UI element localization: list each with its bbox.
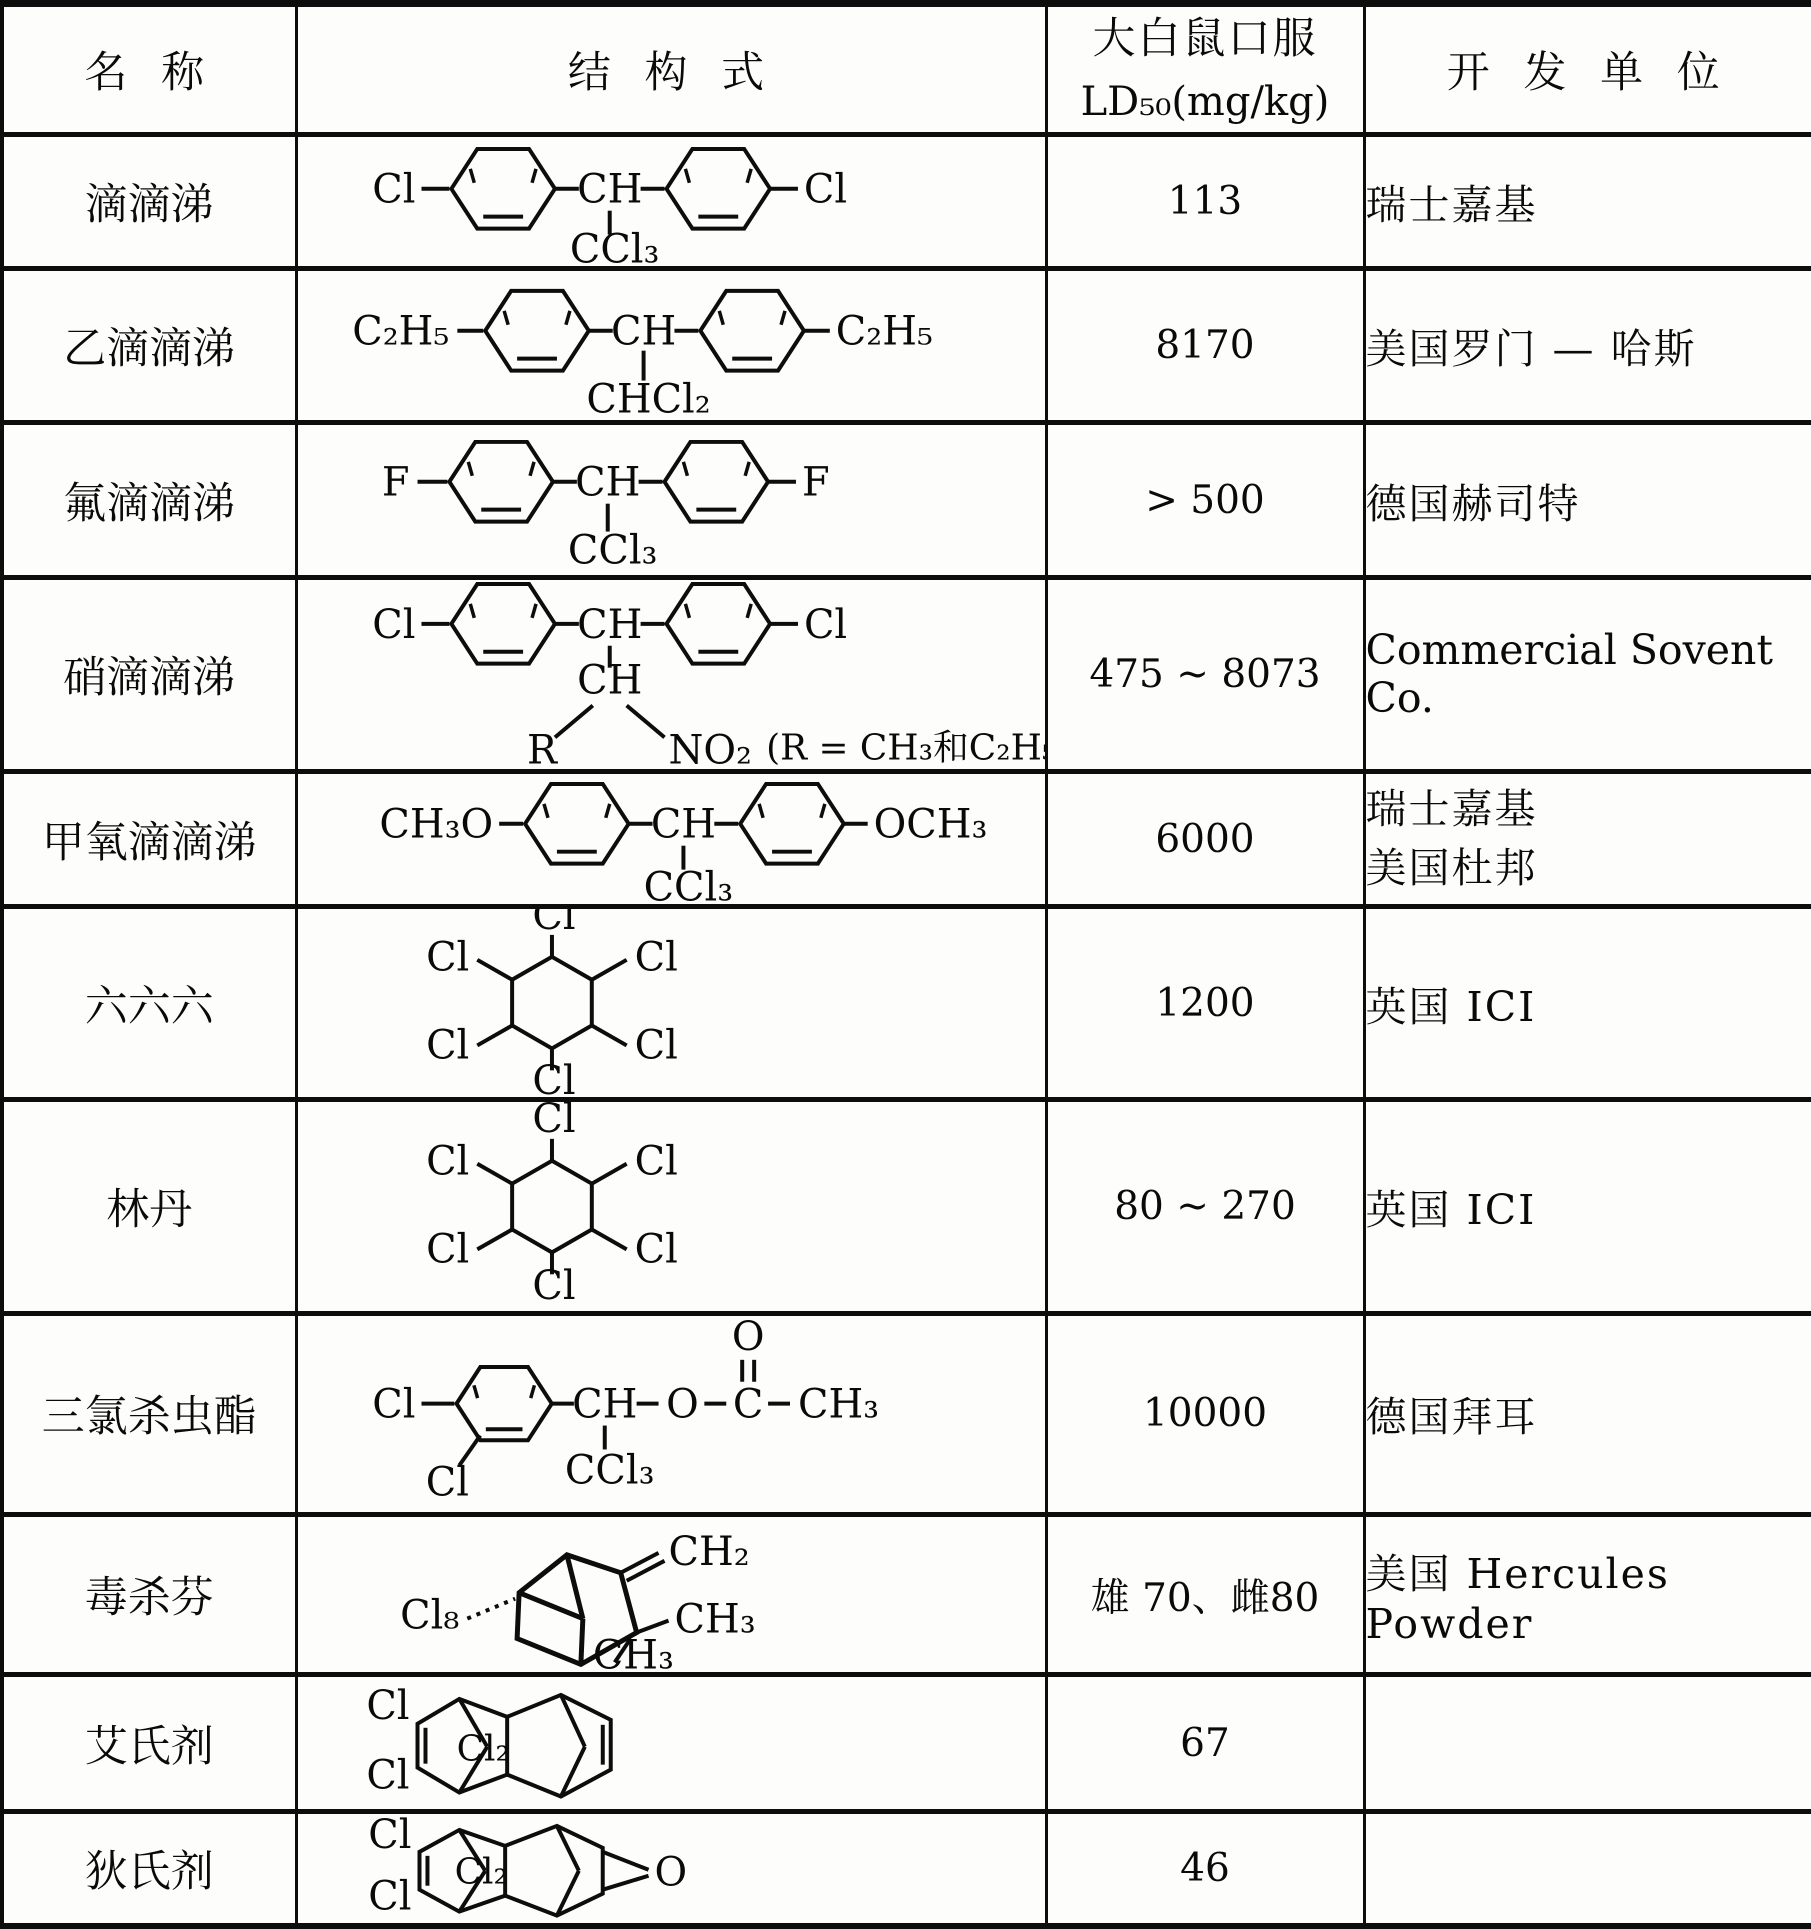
atom-label: O [666, 1381, 699, 1427]
table-row: 氟滴滴涕 F CH F CCl₃ > 500 德国赫司特 [2, 423, 1811, 577]
benzene-ring [449, 442, 553, 522]
atom-label: Cl [426, 1138, 469, 1184]
structure-nitro-ddt-diagram: Cl CH Cl CH R NO₂ (R = CH₃和C₂H₅) [298, 580, 1045, 769]
table-row: 林丹 Cl Cl Cl Cl Cl Cl 80 ~ 270 英国 ICI [2, 1099, 1811, 1313]
table-row: 毒杀芬 Cl₈ CH₂ CH₃ CH₃ 雄 70、雌80 [2, 1515, 1811, 1675]
ld50-cell: 67 [1046, 1675, 1364, 1811]
header-developer: 开 发 单 位 [1447, 48, 1730, 98]
atom-label: C₂H₅ [352, 309, 449, 355]
epoxide-bonds [602, 1852, 648, 1890]
name-cell: 毒杀芬 [2, 1515, 296, 1675]
structure-cell: Cl CH Cl CCl₃ [296, 134, 1046, 268]
ld50-cell: 8170 [1046, 268, 1364, 422]
developer-cell [1364, 1811, 1811, 1926]
atom-label: Cl₂ [456, 1729, 509, 1770]
header-ld50: 大白鼠口服 LD₅₀(mg/kg) [1046, 4, 1364, 135]
developer-cell: 瑞士嘉基 美国杜邦 [1364, 771, 1811, 906]
table-row: 滴滴涕 Cl CH Cl CCl₃ 113 瑞士嘉基 [2, 134, 1811, 268]
atom-label: CH₂ [668, 1529, 749, 1575]
table-row: 乙滴滴涕 C₂H₅ CH C₂H₅ CHCl₂ 8170 美国罗门 — 哈斯 [2, 268, 1811, 422]
structure-cell: Cl Cl Cl Cl Cl Cl [296, 1099, 1046, 1313]
structure-cell: C₂H₅ CH C₂H₅ CHCl₂ [296, 268, 1046, 422]
ld50-cell: 6000 [1046, 771, 1364, 906]
atom-label: Cl [425, 1459, 468, 1505]
atom-label: CCl₃ [643, 864, 733, 904]
developer-line: 美国杜邦 [1366, 839, 1811, 898]
structure-cell: Cl Cl Cl₂ [296, 1675, 1046, 1811]
atom-label: Cl [372, 1381, 415, 1427]
name-cell: 六六六 [2, 907, 296, 1099]
dashed-wedge-bond [467, 1599, 515, 1619]
developer-cell: 英国 ICI [1364, 1099, 1811, 1313]
atom-label: Cl [368, 1873, 411, 1919]
structure-cell: Cl Cl Cl₂ O [296, 1811, 1046, 1926]
bond-lines [477, 935, 626, 1070]
ld50-cell: 475 ~ 8073 [1046, 577, 1364, 771]
substituent-note: (R = CH₃和C₂H₅) [766, 727, 1045, 768]
benzene-ring [700, 291, 804, 371]
ld50-cell: 46 [1046, 1811, 1364, 1926]
atom-label: CH [610, 309, 675, 355]
atom-label: Cl [532, 1059, 575, 1097]
atom-label: CH₃ [797, 1381, 878, 1427]
atom-label: Cl [803, 166, 846, 212]
atom-label: CH [575, 460, 640, 506]
atom-label: Cl [532, 1263, 575, 1309]
right-ring [507, 1695, 611, 1797]
atom-label: CH₃O [379, 802, 493, 848]
structure-cell: Cl Cl CH CCl₃ O C CH₃ O [296, 1313, 1046, 1514]
cyclohexane-ring [512, 957, 592, 1049]
header-ld50-line1: 大白鼠口服 [1048, 7, 1363, 72]
atom-label: CCl₃ [564, 1447, 654, 1493]
table-row: 甲氧滴滴涕 CH₃O CH OCH₃ CCl₃ 6000 瑞士嘉基 美国杜邦 [2, 771, 1811, 906]
ld50-cell: 80 ~ 270 [1046, 1099, 1364, 1313]
developer-cell: 美国 Hercules Powder [1364, 1515, 1811, 1675]
structure-lindane-diagram: Cl Cl Cl Cl Cl Cl [298, 1102, 1045, 1311]
structure-cell: Cl Cl Cl Cl Cl Cl [296, 907, 1046, 1099]
atom-label: Cl [426, 1023, 469, 1069]
atom-label: OCH₃ [873, 802, 987, 848]
header-ld50-line2: LD₅₀(mg/kg) [1048, 72, 1363, 132]
pesticide-table: 名 称 结 构 式 大白鼠口服 LD₅₀(mg/kg) 开 发 单 位 滴滴涕 … [0, 0, 1811, 1929]
benzene-ring [456, 1367, 551, 1440]
name-cell: 狄氏剂 [2, 1811, 296, 1926]
atom-label: Cl [532, 909, 575, 939]
name-cell: 氟滴滴涕 [2, 423, 296, 577]
atom-label: O [654, 1850, 687, 1896]
ld50-cell: 113 [1046, 134, 1364, 268]
ld50-cell: 雄 70、雌80 [1046, 1515, 1364, 1675]
ld50-cell: > 500 [1046, 423, 1364, 577]
header-name: 名 称 [84, 48, 214, 98]
benzene-ring [451, 148, 555, 228]
structure-toxaphene-diagram: Cl₈ CH₂ CH₃ CH₃ [298, 1517, 1045, 1672]
benzene-ring [451, 584, 555, 664]
structure-acetate-ester-diagram: Cl Cl CH CCl₃ O C CH₃ O [298, 1316, 1045, 1512]
atom-label: CH [577, 657, 642, 703]
developer-cell: 德国拜耳 [1364, 1313, 1811, 1514]
cyclohexane-ring [512, 1160, 592, 1252]
structure-cell: CH₃O CH OCH₃ CCl₃ [296, 771, 1046, 906]
developer-cell: 美国罗门 — 哈斯 [1364, 268, 1811, 422]
developer-cell [1364, 1675, 1811, 1811]
table-row: 三氯杀虫酯 Cl Cl CH CCl₃ O C [2, 1313, 1811, 1514]
atom-label: CH₃ [592, 1632, 673, 1672]
atom-label: CH [577, 602, 642, 648]
atom-label: Cl [366, 1683, 409, 1729]
structure-ethyl-ddt-diagram: C₂H₅ CH C₂H₅ CHCl₂ [298, 271, 1045, 420]
name-cell: 林丹 [2, 1099, 296, 1313]
benzene-ring [666, 584, 770, 664]
atom-label: CH₃ [674, 1597, 755, 1643]
atom-label: CH [650, 802, 715, 848]
atom-label: Cl [634, 1226, 677, 1272]
developer-line: 瑞士嘉基 [1366, 780, 1811, 839]
structure-fluoro-ddt-diagram: F CH F CCl₃ [298, 425, 1045, 574]
atom-label: F [381, 460, 409, 506]
atom-label: Cl [634, 1138, 677, 1184]
atom-label: C [732, 1381, 762, 1427]
structure-cell: Cl CH Cl CH R NO₂ (R = CH₃和C₂H₅) [296, 577, 1046, 771]
atom-label: CCl₃ [569, 226, 659, 266]
atom-label: Cl [426, 935, 469, 981]
name-cell: 乙滴滴涕 [2, 268, 296, 422]
benzene-ring [740, 784, 844, 864]
table-row: 六六六 Cl Cl Cl Cl Cl Cl 1200 英国 ICI [2, 907, 1811, 1099]
atom-label: Cl [634, 1023, 677, 1069]
atom-label: Cl [532, 1102, 575, 1142]
atom-label: Cl₂ [454, 1852, 507, 1893]
developer-cell: 英国 ICI [1364, 907, 1811, 1099]
developer-cell: Commercial Sovent Co. [1364, 577, 1811, 771]
benzene-ring [666, 148, 770, 228]
developer-cell: 瑞士嘉基 [1364, 134, 1811, 268]
atom-label: CH [577, 166, 642, 212]
atom-label: Cl [366, 1753, 409, 1799]
atom-label: F [801, 460, 829, 506]
table-row: 硝滴滴涕 Cl CH Cl CH R NO₂ (R = CH₃和C₂H₅) [2, 577, 1811, 771]
bridge-bonds [519, 1555, 583, 1665]
structure-dieldrin-diagram: Cl Cl Cl₂ O [298, 1814, 1045, 1924]
atom-label: O [731, 1316, 764, 1360]
structure-cell: F CH F CCl₃ [296, 423, 1046, 577]
benzene-ring [485, 291, 589, 371]
right-ring [505, 1826, 603, 1916]
atom-label: Cl₈ [400, 1593, 459, 1639]
atom-label: NO₂ [668, 727, 751, 769]
atom-label: Cl [372, 166, 415, 212]
atom-label: CHCl₂ [586, 376, 710, 420]
name-cell: 滴滴涕 [2, 134, 296, 268]
bond-lines [477, 1139, 626, 1274]
ld50-cell: 1200 [1046, 907, 1364, 1099]
atom-label: Cl [426, 1226, 469, 1272]
scanned-pesticide-table-page: 名 称 结 构 式 大白鼠口服 LD₅₀(mg/kg) 开 发 单 位 滴滴涕 … [0, 0, 1811, 1878]
structure-ddt-diagram: Cl CH Cl CCl₃ [298, 137, 1045, 266]
table-row: 狄氏剂 Cl Cl Cl₂ O 46 [2, 1811, 1811, 1926]
atom-label: Cl [634, 935, 677, 981]
structure-aldrin-diagram: Cl Cl Cl₂ [298, 1677, 1045, 1808]
atom-label: CH [572, 1381, 637, 1427]
atom-label: R [527, 727, 558, 769]
table-row: 艾氏剂 Cl Cl Cl₂ 67 [2, 1675, 1811, 1811]
atom-label: CCl₃ [567, 528, 657, 574]
benzene-ring [525, 784, 629, 864]
structure-methoxychlor-diagram: CH₃O CH OCH₃ CCl₃ [298, 774, 1045, 904]
name-cell: 甲氧滴滴涕 [2, 771, 296, 906]
atom-label: Cl [368, 1814, 411, 1858]
atom-label: C₂H₅ [835, 309, 932, 355]
atom-label: Cl [372, 602, 415, 648]
atom-label: Cl [803, 602, 846, 648]
name-cell: 硝滴滴涕 [2, 577, 296, 771]
header-structure: 结 构 式 [568, 48, 774, 98]
name-cell: 三氯杀虫酯 [2, 1313, 296, 1514]
benzene-ring [664, 442, 768, 522]
ld50-cell: 10000 [1046, 1313, 1364, 1514]
structure-bhc-diagram: Cl Cl Cl Cl Cl Cl [298, 909, 1045, 1096]
table-header-row: 名 称 结 构 式 大白鼠口服 LD₅₀(mg/kg) 开 发 单 位 [2, 4, 1811, 135]
name-cell: 艾氏剂 [2, 1675, 296, 1811]
developer-cell: 德国赫司特 [1364, 423, 1811, 577]
structure-cell: Cl₈ CH₂ CH₃ CH₃ [296, 1515, 1046, 1675]
